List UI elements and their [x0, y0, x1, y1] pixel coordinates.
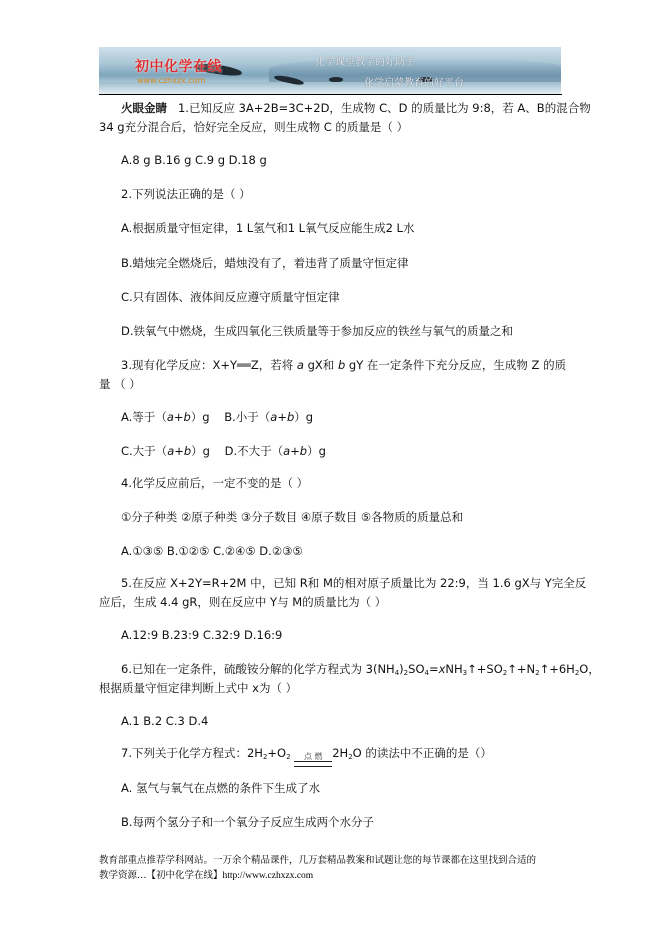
footer-link[interactable]: http://www.czhxzx.com — [223, 871, 314, 881]
footer-line-1: 教育部重点推荐学科网站。一万余个精品课件，几万套精品教案和试题让您的每节课都在这… — [99, 853, 569, 868]
header-divider — [99, 94, 562, 95]
option-b-label: B.小于（ — [224, 410, 270, 424]
question-7-option-a: A. 氢气与氧气在点燃的条件下生成了水 — [99, 779, 584, 797]
question-7-product: 2H2O — [332, 746, 362, 760]
option-b-unit: ）g — [294, 410, 313, 424]
option-c-label: C.大于（ — [121, 444, 167, 458]
footer-site-name: 教学资源…【初中化学在线】 — [99, 870, 223, 881]
dolphin-icon — [329, 77, 343, 82]
question-3-line-2: 量 （ ） — [99, 375, 562, 393]
question-1-options: A.8 g B.16 g C.9 g D.18 g — [99, 151, 584, 169]
option-a-expr: a+b — [167, 410, 191, 424]
question-6-options: A.1 B.2 C.3 D.4 — [99, 712, 584, 730]
banner-slogan-2: 化学启蒙教育的好平台 — [364, 74, 464, 89]
question-5-line-1: 5.在反应 X+2Y=R+2M 中，已知 R和 M的相对原子质量比为 22:9，… — [99, 574, 584, 592]
double-bar-icon — [294, 761, 332, 767]
option-a-label: A.等于（ — [121, 410, 167, 424]
question-2-option-b: B.蜡烛完全燃烧后，蜡烛没有了，着违背了质量守恒定律 — [99, 254, 584, 272]
reaction-condition: 点 燃 — [294, 752, 332, 761]
question-6-stem: 6.已知在一定条件，硫酸铵分解的化学方程式为 — [121, 662, 366, 676]
reaction-condition-arrow: 点 燃 — [294, 752, 332, 767]
brand-logo: 初中化学在线 — [135, 56, 222, 76]
question-2-option-d: D.铁氧气中燃烧，生成四氧化三铁质量等于参加反应的铁丝与氧气的质量之和 — [99, 322, 584, 340]
question-1-stem: 已知反应 3A+2B=3C+2D，生成物 C、D 的质量比为 9:8，若 A、B… — [189, 101, 591, 115]
banner-slogan-1: 化学课堂教学的好助手 — [315, 53, 415, 68]
question-5-options: A.12:9 B.23:9 C.32:9 D.16:9 — [99, 626, 584, 644]
question-4-items: ①分子种类 ②原子种类 ③分子数目 ④原子数目 ⑤各物质的质量总和 — [99, 508, 584, 526]
option-c-expr: a+b — [167, 444, 191, 458]
question-7-reactants: 2H2+O2 — [247, 746, 291, 760]
option-b-expr: a+b — [270, 410, 294, 424]
question-3-options-ab: A.等于（a+b）g B.小于（a+b）g — [99, 408, 584, 426]
question-5-line-2: 应后，生成 4.4 gR，则在反应中 Y与 M的质量比为（ ） — [99, 593, 562, 611]
question-2-option-a: A.根据质量守恒定律，1 L氢气和1 L氧气反应能生成2 L水 — [99, 219, 584, 237]
question-6-equation: 3(NH4)2SO4=xNH3↑+SO2↑+N2↑+6H2O， — [366, 662, 600, 676]
option-d-unit: ）g — [307, 444, 326, 458]
question-7-option-b: B.每两个氢分子和一个氧分子反应生成两个水分子 — [99, 813, 584, 831]
question-4-stem: 4.化学反应前后，一定不变的是（ ） — [99, 474, 584, 492]
question-1-line-2: 34 g充分混合后，恰好完全反应，则生成物 C 的质量是（ ） — [99, 118, 562, 136]
footer-line-2: 教学资源…【初中化学在线】http://www.czhxzx.com — [99, 868, 569, 884]
question-6-line-2: 根据质量守恒定律判断上式中 x为（ ） — [99, 679, 562, 697]
question-2-stem: 2.下列说法正确的是（ ） — [99, 185, 584, 203]
option-a-unit: ）g — [191, 410, 210, 424]
question-7-stem-pre: 7.下列关于化学方程式： — [121, 746, 247, 760]
brand-url: www.czhxzx.com — [137, 76, 205, 85]
question-2-option-c: C.只有固体、液体间反应遵守质量守恒定律 — [99, 288, 584, 306]
question-7-stem-post: 的读法中不正确的是（） — [362, 746, 492, 760]
question-3-line-1: 3.现有化学反应：X+Y══Z，若将 a gX和 b gY 在一定条件下充分反应… — [99, 356, 584, 374]
option-d-expr: a+b — [283, 444, 307, 458]
question-7-stem: 7.下列关于化学方程式：2H2+O2 点 燃2H2O 的读法中不正确的是（） — [99, 744, 584, 767]
option-d-label: D.不大于（ — [225, 444, 284, 458]
header-banner: 初中化学在线 www.czhxzx.com 化学课堂教学的好助手 化学启蒙教育的… — [99, 47, 561, 94]
footer-promo: 教育部重点推荐学科网站。一万余个精品课件，几万套精品教案和试题让您的每节课都在这… — [99, 853, 569, 884]
variable-a: a — [297, 358, 304, 372]
question-3-stem-part: 3.现有化学反应：X+Y══Z，若将 — [121, 358, 297, 372]
section-title: 火眼金睛 — [121, 101, 167, 115]
question-1-number: 1. — [178, 101, 189, 115]
question-3-stem-part: gX和 — [304, 358, 338, 372]
question-4-options: A.①③⑤ B.①②⑤ C.②④⑤ D.②③⑤ — [99, 542, 584, 560]
question-1-line-1: 火眼金睛 1.已知反应 3A+2B=3C+2D，生成物 C、D 的质量比为 9:… — [99, 99, 584, 117]
question-3-options-cd: C.大于（a+b）g D.不大于（a+b）g — [99, 442, 584, 460]
option-c-unit: ）g — [191, 444, 210, 458]
question-3-stem-part: gY 在一定条件下充分反应，生成物 Z 的质 — [345, 358, 566, 372]
